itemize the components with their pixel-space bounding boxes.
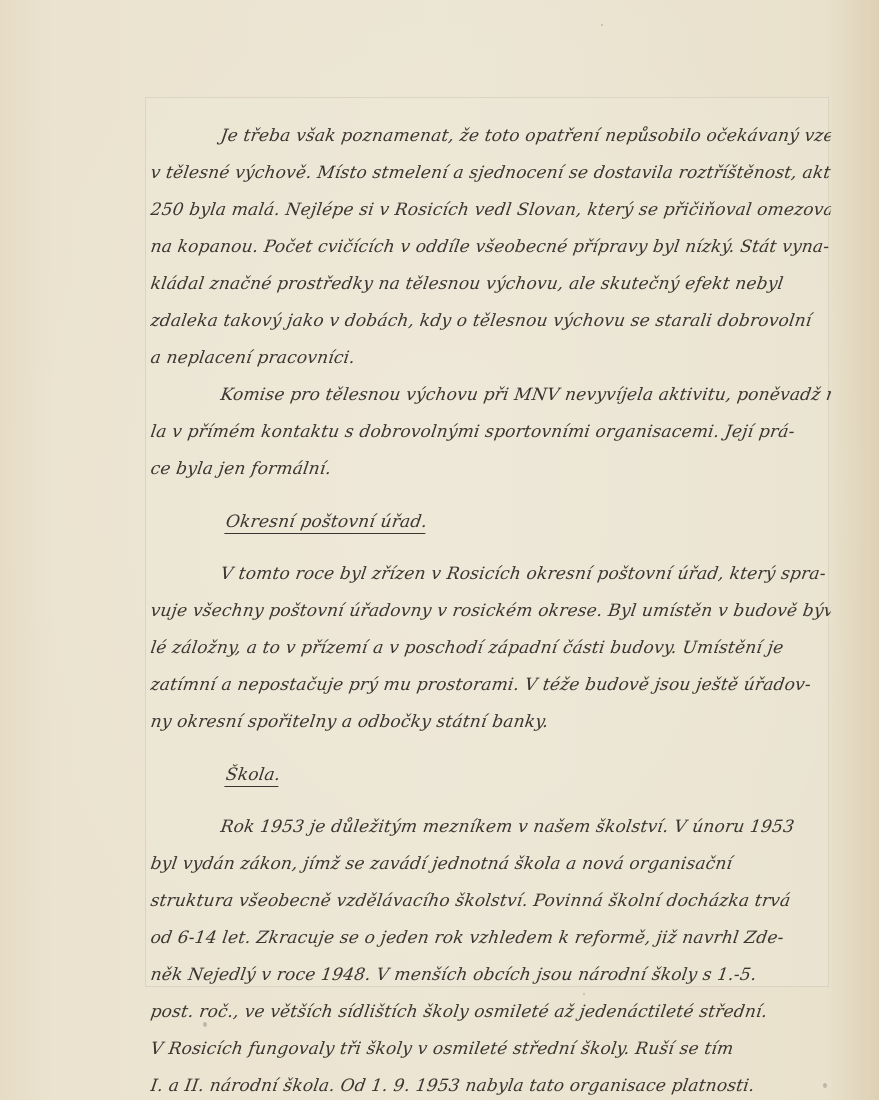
section-heading-school: Škola. bbox=[145, 755, 831, 795]
text-line: zdaleka takový jako v dobách, kdy o těle… bbox=[148, 303, 833, 340]
paper-speck bbox=[823, 1083, 827, 1088]
text-line: struktura všeobecně vzdělávacího školstv… bbox=[148, 883, 833, 920]
text-line: ce byla jen formální. bbox=[148, 451, 833, 488]
paragraph-commission: Komise pro tělesnou výchovu při MNV nevy… bbox=[148, 377, 828, 488]
text-line: od 6-14 let. Zkracuje se o jeden rok vzh… bbox=[148, 920, 833, 957]
section-heading-post-office: Okresní poštovní úřad. bbox=[145, 502, 831, 542]
text-line: Komise pro tělesnou výchovu při MNV nevy… bbox=[148, 377, 833, 414]
text-line: vuje všechny poštovní úřadovny v rosické… bbox=[148, 593, 833, 630]
paper-speck bbox=[203, 1022, 207, 1027]
paragraph-post-office: V tomto roce byl zřízen v Rosicích okres… bbox=[148, 556, 828, 741]
text-line: zatímní a nepostačuje prý mu prostorami.… bbox=[148, 667, 833, 704]
text-line: a neplacení pracovníci. bbox=[148, 340, 833, 377]
text-line: post. roč., ve větších sídlištích školy … bbox=[148, 994, 833, 1031]
handwritten-text: Je třeba však poznamenat, že toto opatře… bbox=[148, 118, 828, 1100]
text-line: Rok 1953 je důležitým mezníkem v našem š… bbox=[148, 809, 833, 846]
text-line: lé záložny, a to v přízemí a v poschodí … bbox=[148, 630, 833, 667]
paragraph-school: Rok 1953 je důležitým mezníkem v našem š… bbox=[148, 809, 828, 1100]
text-line: la v přímém kontaktu s dobrovolnými spor… bbox=[148, 414, 833, 451]
text-line: 250 byla malá. Nejlépe si v Rosicích ved… bbox=[148, 192, 833, 229]
text-line: ny okresní spořitelny a odbočky státní b… bbox=[148, 704, 833, 741]
paragraph-physical-education: Je třeba však poznamenat, že toto opatře… bbox=[148, 118, 828, 377]
text-line: na kopanou. Počet cvičících v oddíle vše… bbox=[148, 229, 833, 266]
text-line: I. a II. národní škola. Od 1. 9. 1953 na… bbox=[148, 1068, 833, 1100]
text-line: kládal značné prostředky na tělesnou výc… bbox=[148, 266, 833, 303]
paper-speck bbox=[583, 993, 585, 995]
text-line: Je třeba však poznamenat, že toto opatře… bbox=[148, 118, 833, 155]
text-line: v tělesné výchově. Místo stmelení a sjed… bbox=[148, 155, 833, 192]
text-line: byl vydán zákon, jímž se zavádí jednotná… bbox=[148, 846, 833, 883]
text-line: něk Nejedlý v roce 1948. V menších obcíc… bbox=[148, 957, 833, 994]
text-line: V Rosicích fungovaly tři školy v osmilet… bbox=[148, 1031, 833, 1068]
text-line: V tomto roce byl zřízen v Rosicích okres… bbox=[148, 556, 833, 593]
paper-speck bbox=[601, 24, 603, 26]
